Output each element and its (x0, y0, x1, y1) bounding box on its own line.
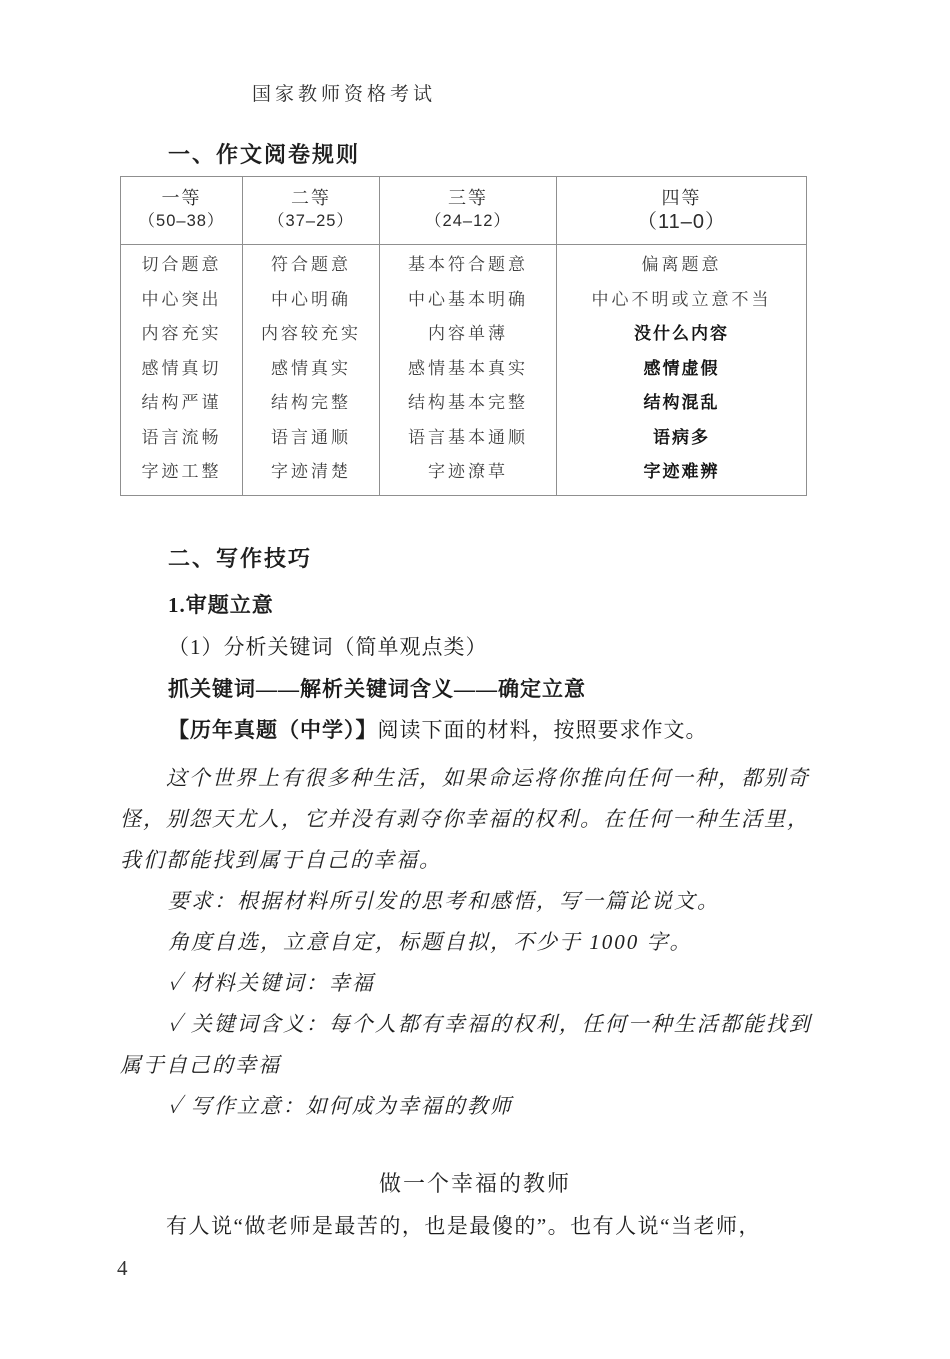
table-cell-line: 字迹工整 (121, 455, 242, 490)
check-item-meaning-line2: 属于自己的幸福 (120, 1045, 950, 1086)
essay-title: 做一个幸福的教师 (0, 1171, 950, 1197)
table-cell-line: 基本符合题意 (380, 248, 556, 283)
requirement-line-1: 要求：根据材料所引发的思考和感悟，写一篇论说文。 (120, 881, 950, 922)
material-line: 怪，别怨天尤人，它并没有剥夺你幸福的权利。在任何一种生活里， (120, 799, 950, 840)
table-cell-line: 结构基本完整 (380, 386, 556, 421)
essay-opening-line: 有人说“做老师是最苦的，也是最傻的”。也有人说“当老师， (120, 1211, 950, 1241)
table-cell-line: 结构混乱 (557, 386, 806, 421)
table-header-cell: 四等 （11–0） (557, 177, 806, 244)
table-header-cell: 二等 （37–25） (243, 177, 380, 244)
table-col-grade-1: 切合题意中心突出内容充实感情真切结构严谨语言流畅字迹工整 (121, 245, 243, 495)
table-cell-line: 中心基本明确 (380, 283, 556, 318)
check-item-intent: ✓ 写作立意：如何成为幸福的教师 (120, 1086, 950, 1127)
table-cell-line: 感情基本真实 (380, 352, 556, 387)
table-cell-line: 内容充实 (121, 317, 242, 352)
table-cell-line: 字迹清楚 (243, 455, 379, 490)
table-header-cell: 一等 （50–38） (121, 177, 243, 244)
requirement-line-2: 角度自选，立意自定，标题自拟，不少于 1000 字。 (120, 922, 950, 963)
document-page: 国家教师资格考试 一、作文阅卷规则 一等 （50–38） 二等 （37–25） … (0, 0, 950, 1359)
material-line: 这个世界上有很多种生活，如果命运将你推向任何一种，都别奇 (120, 758, 950, 799)
grade-score-range: （11–0） (557, 210, 806, 234)
grade-title: 四等 (557, 186, 806, 210)
exam-requirements: 要求：根据材料所引发的思考和感悟，写一篇论说文。 角度自选，立意自定，标题自拟，… (0, 881, 950, 963)
table-cell-line: 中心突出 (121, 283, 242, 318)
table-cell-line: 中心不明或立意不当 (557, 283, 806, 318)
table-cell-line: 语病多 (557, 421, 806, 456)
exam-material-paragraph: 这个世界上有很多种生活，如果命运将你推向任何一种，都别奇怪，别怨天尤人，它并没有… (0, 758, 950, 881)
grading-table: 一等 （50–38） 二等 （37–25） 三等 （24–12） 四等 （11–… (120, 176, 807, 496)
table-col-grade-3: 基本符合题意中心基本明确内容单薄感情基本真实结构基本完整语言基本通顺字迹潦草 (380, 245, 557, 495)
grade-score-range: （50–38） (121, 210, 242, 232)
table-header-row: 一等 （50–38） 二等 （37–25） 三等 （24–12） 四等 （11–… (121, 177, 806, 245)
table-cell-line: 切合题意 (121, 248, 242, 283)
section-2-heading: 二、写作技巧 (168, 547, 950, 571)
table-cell-line: 符合题意 (243, 248, 379, 283)
table-body-row: 切合题意中心突出内容充实感情真切结构严谨语言流畅字迹工整 符合题意中心明确内容较… (121, 245, 806, 495)
table-col-grade-2: 符合题意中心明确内容较充实感情真实结构完整语言通顺字迹清楚 (243, 245, 380, 495)
table-cell-line: 没什么内容 (557, 317, 806, 352)
table-cell-line: 语言通顺 (243, 421, 379, 456)
analysis-checklist: ✓ 材料关键词：幸福 ✓ 关键词含义：每个人都有幸福的权利，任何一种生活都能找到… (0, 963, 950, 1127)
table-cell-line: 偏离题意 (557, 248, 806, 283)
table-cell-line: 内容单薄 (380, 317, 556, 352)
table-cell-line: 结构完整 (243, 386, 379, 421)
point-1-line: （1）分析关键词（简单观点类） (120, 634, 950, 660)
table-cell-line: 字迹潦草 (380, 455, 556, 490)
table-cell-line: 结构严谨 (121, 386, 242, 421)
grade-title: 三等 (380, 186, 556, 210)
past-exam-line: 【历年真题（中学）】阅读下面的材料，按照要求作文。 (120, 717, 950, 743)
grade-score-range: （37–25） (243, 210, 379, 232)
keyword-flow-line: 抓关键词——解析关键词含义——确定立意 (120, 676, 950, 702)
table-cell-line: 字迹难辨 (557, 455, 806, 490)
past-exam-tag: 【历年真题（中学）】 (168, 718, 378, 742)
table-cell-line: 语言流畅 (121, 421, 242, 456)
check-item-meaning-line1: ✓ 关键词含义：每个人都有幸福的权利，任何一种生活都能找到 (120, 1004, 950, 1045)
table-cell-line: 中心明确 (243, 283, 379, 318)
material-line: 我们都能找到属于自己的幸福。 (120, 840, 950, 881)
table-cell-line: 感情真实 (243, 352, 379, 387)
running-header: 国家教师资格考试 (252, 84, 950, 106)
table-cell-line: 感情真切 (121, 352, 242, 387)
table-cell-line: 感情虚假 (557, 352, 806, 387)
check-item-keyword: ✓ 材料关键词：幸福 (120, 963, 950, 1004)
past-exam-intro: 阅读下面的材料，按照要求作文。 (378, 718, 708, 742)
section-1-heading: 一、作文阅卷规则 (168, 143, 950, 167)
grade-title: 一等 (121, 186, 242, 210)
grade-title: 二等 (243, 186, 379, 210)
page-number: 4 (117, 1256, 128, 1281)
table-cell-line: 语言基本通顺 (380, 421, 556, 456)
subsection-heading: 1.审题立意 (120, 592, 950, 618)
table-cell-line: 内容较充实 (243, 317, 379, 352)
grade-score-range: （24–12） (380, 210, 556, 232)
table-header-cell: 三等 （24–12） (380, 177, 557, 244)
table-col-grade-4: 偏离题意中心不明或立意不当没什么内容感情虚假结构混乱语病多字迹难辨 (557, 245, 806, 495)
